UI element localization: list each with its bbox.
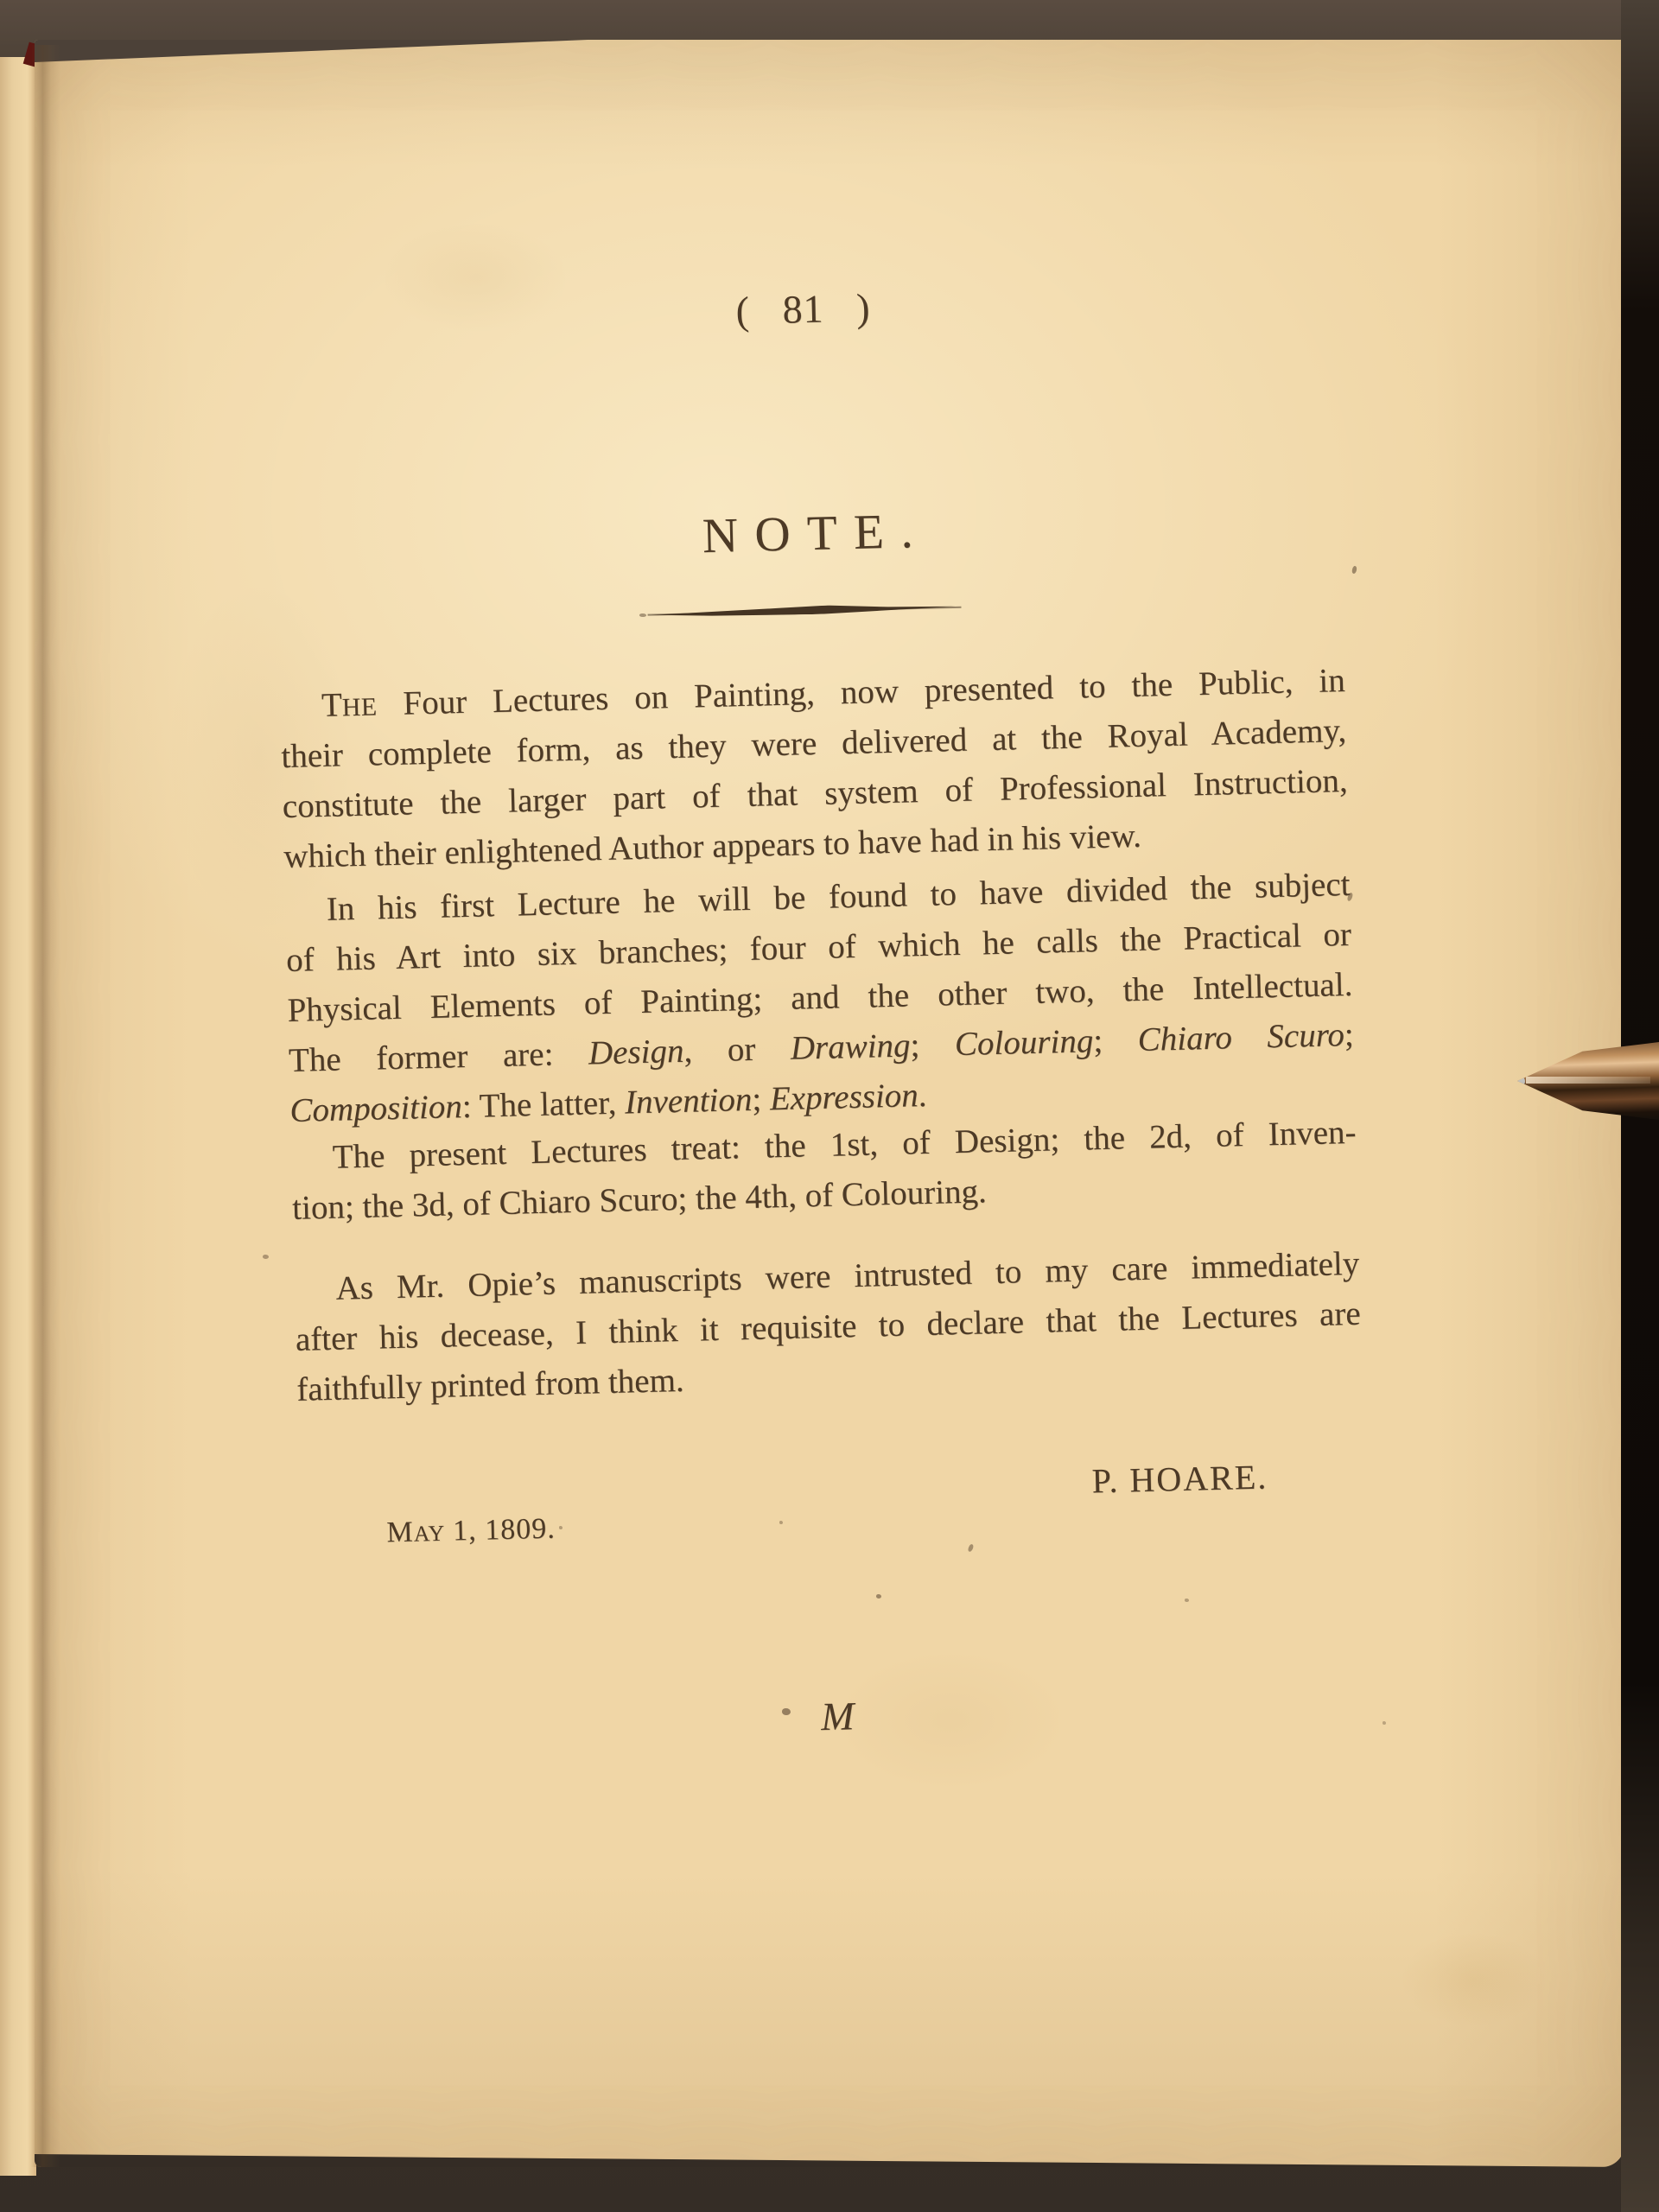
- text-segment: Invention: [625, 1081, 753, 1122]
- rule-lens: [651, 602, 955, 619]
- book-photograph: ( 81 ) NOTE. THE Four Lectures on Painti…: [0, 0, 1659, 2212]
- text-segment: faithfully printed from them.: [296, 1362, 684, 1408]
- clip-highlight: [1526, 1077, 1650, 1084]
- text-segment: Chiaro Scuro: [1137, 1016, 1344, 1058]
- signature: P. HOARE.: [299, 1454, 1365, 1521]
- text-segment: : The latter,: [461, 1084, 625, 1126]
- printed-text-block: ( 81 ) NOTE. THE Four Lectures on Painti…: [270, 254, 1372, 1801]
- page-speck: [782, 1708, 791, 1715]
- text-segment: Colouring: [954, 1022, 1093, 1063]
- text-segment: T: [321, 686, 343, 724]
- text-segment: .: [918, 1077, 927, 1114]
- text-segment: AY: [413, 1521, 445, 1547]
- text-segment: ;: [910, 1026, 955, 1064]
- text-segment: ;: [752, 1080, 771, 1117]
- page-speck: [1185, 1599, 1189, 1602]
- date: MAY 1, 1809.: [386, 1510, 556, 1553]
- page-speck: [559, 1526, 563, 1529]
- page-bottom-edge-shadow: [35, 2154, 1624, 2167]
- page-number: ( 81 ): [270, 273, 1337, 345]
- page-speck: [263, 1255, 269, 1259]
- page-stain: [1400, 1932, 1547, 2027]
- paragraph-six-branches: In his first Lecture he will be found to…: [284, 860, 1356, 1136]
- text-segment: ;: [1093, 1021, 1138, 1059]
- page-speck: [1351, 566, 1357, 575]
- text-line: MAY 1, 1809.: [386, 1510, 556, 1553]
- text-segment: ;: [1344, 1016, 1354, 1053]
- gutter-shadow: [31, 45, 60, 2167]
- book-page: ( 81 ) NOTE. THE Four Lectures on Painti…: [35, 40, 1624, 2167]
- page-speck: [639, 613, 646, 617]
- text-segment: Drawing: [790, 1027, 911, 1066]
- text-segment: 1, 1809.: [444, 1513, 556, 1548]
- text-segment: HE: [342, 693, 378, 721]
- paragraph-lectures-presented: THE Four Lectures on Painting, now prese…: [279, 656, 1349, 882]
- signature-mark: M: [304, 1681, 1370, 1752]
- page-speck: [1382, 1721, 1386, 1725]
- note-heading: NOTE.: [276, 493, 1342, 575]
- page-speck: [779, 1521, 783, 1524]
- text-segment: , or: [683, 1030, 791, 1070]
- text-segment: Composition: [289, 1088, 462, 1129]
- page-top-edge-shadow: [35, 40, 588, 62]
- swelled-rule: [651, 602, 955, 619]
- text-segment: tion; the 3d, of Chiaro Scuro; the 4th, …: [292, 1173, 988, 1227]
- text-segment: Design: [588, 1033, 684, 1072]
- text-segment: Expression: [769, 1077, 918, 1117]
- text-segment: The former are:: [289, 1035, 589, 1079]
- text-segment: M: [386, 1516, 414, 1549]
- paragraph-manuscripts: As Mr. Opie’s manuscripts were intrusted…: [294, 1239, 1363, 1415]
- page-speck: [876, 1594, 881, 1599]
